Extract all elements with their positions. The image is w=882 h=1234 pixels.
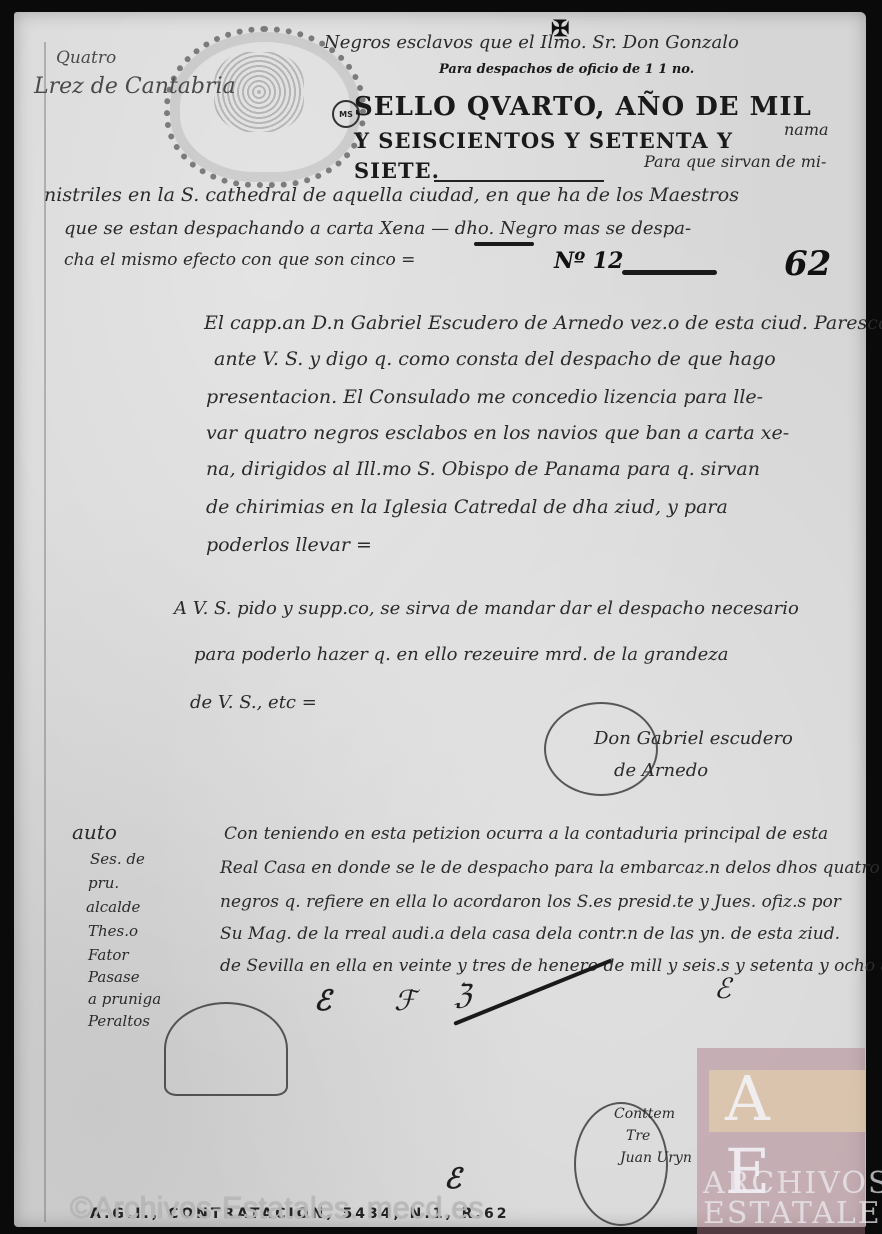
rubric-5: ℰ xyxy=(714,972,731,1005)
margin-note-top-2: Lrez de Cantabria xyxy=(34,74,236,99)
petition-line-6: de chirimias en la Iglesia Catredal de d… xyxy=(206,496,728,518)
auto-margin-7: Pasase xyxy=(88,968,140,986)
annotation-line-3: nama xyxy=(784,120,829,139)
signature-line-1: Don Gabriel escudero xyxy=(594,728,793,749)
stamp-rule xyxy=(434,180,604,182)
manuscript-page: MS ✠ Para despachos de oficio de 1 1 no.… xyxy=(14,12,866,1227)
auto-margin-8: a pruniga xyxy=(88,990,161,1008)
request-line-2: para poderlo hazer q. en ello rezeuire m… xyxy=(194,644,729,665)
auto-margin-1: auto xyxy=(72,820,117,844)
annotation-line-1: Negros esclavos que el Ilmo. Sr. Don Gon… xyxy=(324,32,739,53)
auto-margin-5: Thes.o xyxy=(88,922,138,940)
number-mark: Nº 12 xyxy=(554,248,623,274)
request-line-1: A V. S. pido y supp.co, se sirva de mand… xyxy=(174,598,799,619)
rubric-3: ℱ xyxy=(394,984,416,1017)
auto-margin-4: alcalde xyxy=(86,898,140,916)
annotation-line-6: que se estan despachando a carta Xena — … xyxy=(64,218,691,239)
auto-margin-2: Ses. de xyxy=(90,850,145,868)
annotation-line-5: nistriles en la S. cathedral de aquella … xyxy=(44,184,739,206)
petition-line-3: presentacion. El Consulado me concedio l… xyxy=(206,386,763,408)
auto-margin-6: Fator xyxy=(88,946,129,964)
petition-line-1: El capp.an D.n Gabriel Escudero de Arned… xyxy=(204,312,882,334)
auto-line-4: Su Mag. de la rreal audi.a dela casa del… xyxy=(220,924,840,944)
archivos-estatales-logo: A E ARCHIVOS ESTATALES xyxy=(697,1048,865,1234)
copyright-watermark: ©Archivos-Estatales. mecd.es xyxy=(70,1190,484,1226)
annotation-line-4: Para que sirvan de mi- xyxy=(644,152,826,171)
stamp-title-line-3: SIETE. xyxy=(354,158,440,183)
ink-stroke xyxy=(622,270,717,275)
auto-line-1: Con teniendo en esta petizion ocurra a l… xyxy=(224,824,828,844)
folio-number: 62 xyxy=(784,244,831,284)
petition-line-2: ante V. S. y digo q. como consta del des… xyxy=(214,348,776,370)
auto-margin-3: pru. xyxy=(88,874,119,892)
rubric-4: ℨ xyxy=(454,978,471,1011)
petition-line-7: poderlos llevar = xyxy=(206,534,372,556)
petition-line-5: na, dirigidos al Ill.mo S. Obispo de Pan… xyxy=(206,458,760,480)
auto-margin-9: Peraltos xyxy=(88,1012,150,1030)
auto-line-3: negros q. refiere en ella lo acordaron l… xyxy=(220,892,841,912)
annotation-line-7: cha el mismo efecto con que son cinco = xyxy=(64,250,415,270)
ink-stroke xyxy=(474,242,534,246)
stamp-title-line-1: SELLO QVARTO, AÑO DE MIL xyxy=(354,92,812,122)
fold-line xyxy=(44,42,46,1222)
auto-line-2: Real Casa en donde se le de despacho par… xyxy=(220,858,880,878)
margin-note-top-1: Quatro xyxy=(56,48,116,68)
rubric-1 xyxy=(164,1002,288,1096)
rubric-2: ℰ xyxy=(314,984,331,1017)
petition-line-4: var quatro negros esclabos en los navios… xyxy=(206,422,789,444)
logo-line-2: ESTATALES xyxy=(703,1196,882,1231)
request-line-3: de V. S., etc = xyxy=(190,692,317,713)
stamp-title-line-2: Y SEISCIENTOS Y SETENTA Y xyxy=(354,128,733,153)
signature-flourish xyxy=(544,702,658,796)
rubric-7 xyxy=(574,1102,668,1226)
auto-line-5: de Sevilla en ella en veinte y tres de h… xyxy=(220,956,882,976)
signature-line-2: de Arnedo xyxy=(614,760,708,781)
